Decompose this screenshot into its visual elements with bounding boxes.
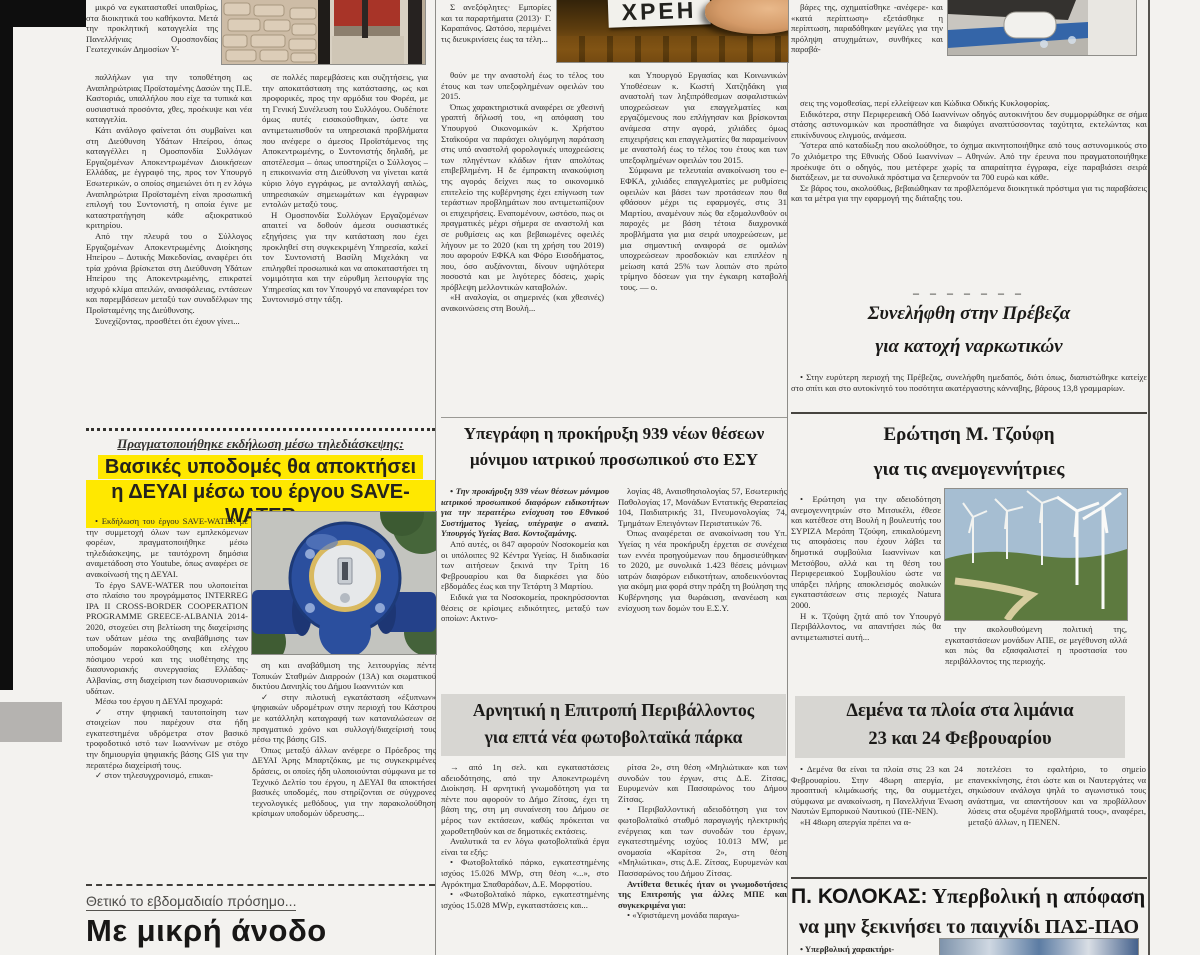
esy-column-1: • Την προκήρυξη 939 νέων θέσεων μόνιμου … [441,486,609,686]
esy-headline-line1: Υπεγράφη η προκήρυξη 939 νέων θέσεων [441,424,787,444]
kolokas-name: Π. ΚΟΛΟΚΑΣ: [791,885,928,908]
photo-water-meter [252,512,436,654]
stocks-kicker: Θετικό το εβδομαδιαίο πρόσημο... [86,893,426,909]
paragraph: Το έργο SAVE-WATER που υλοποιείται στο π… [86,580,248,697]
debts-label-text: ΧΡΕΗ [621,0,697,25]
paragraph: • Ερώτηση για την αδειοδότηση ανεμογεννη… [791,494,941,611]
left-gray-tab [0,702,62,742]
pv-column-1: → από 1η σελ. και εγκαταστάσεις αδειοδότ… [441,762,609,955]
photo-stone-gate [222,0,425,64]
paragraph: Ειδικότερα, στην Περιφερειακή Οδό Ιωαννί… [791,109,1147,141]
paragraph: Όπως αναφέρεται σε ανακοίνωση του Υπ. Υγ… [618,528,787,613]
paragraph: λογίας 48, Αναισθησιολογίας 57, Εσωτερικ… [618,486,787,528]
savewater-column-2: ση και αναβάθμιση της λειτουργίας πέντε … [252,660,436,882]
traffic-article-top-column: βάρες της, σχηματίσθηκε -ανέφερε- και «κ… [791,2,943,95]
photo-wind-turbines [945,489,1127,620]
paragraph: την ακολουθούμενη πολιτική της, εγκαταστ… [945,624,1127,666]
paragraph: ✓ στην ψηφιακή ταυτοποίηση των στοιχείων… [86,707,248,771]
paragraph: παλλήλων για την τοποθέτηση ως Αναπληρώτ… [86,72,252,125]
finger-shape [705,0,788,34]
stocks-kicker-text: Θετικό το εβδομαδιαίο πρόσημο... [86,893,296,911]
paragraph: «Η αναλογία, οι σημερινές (και χθεσινές)… [441,292,604,313]
esy-headline-line2: μόνιμου ιατρικού προσωπικού στο ΕΣΥ [441,450,787,470]
newspaper-page: μικρό να εγκατασταθεί υπαιθρίως, στα διο… [0,0,1200,955]
solid-divider [791,412,1147,414]
tzoufi-below-photo: την ακολουθούμενη πολιτική της, εγκαταστ… [945,624,1127,688]
paragraph: ποτελέσει το εφαλτήριο, το σημείο επανεκ… [968,764,1146,828]
paragraph: • Περιβαλλοντική αδειοδότηση για τον φωτ… [618,804,787,878]
top-left-black-corner [0,0,86,27]
paragraph: → από 1η σελ. και εγκαταστάσεις αδειοδότ… [441,762,609,836]
kolokas-body: • Υπερβολική χαρακτήρι- [791,944,936,955]
dotted-divider [86,428,435,431]
paragraph: • Την προκήρυξη 939 νέων θέσεων μόνιμου … [441,486,609,539]
paragraph: σεις της νομοθεσίας, περί ελλείψεων και … [791,98,1147,109]
savewater-kicker-text: Πραγματοποιήθηκε εκδήλωση μέσω τηλεδιάσκ… [117,436,403,451]
paragraph: Από την πλευρά του ο Σύλλογος Εργαζομένω… [86,231,252,316]
paragraph: βάρες της, σχηματίσθηκε -ανέφερε- και «κ… [791,2,943,55]
dash-separator: – – – – – – – [791,286,1147,301]
paragraph: • «Υφιστάμενη μονάδα παραγω- [618,910,787,921]
paragraph: Σ ανεξόφλητες· Εμπορίες και τα παραρτήμα… [441,2,551,44]
esy-column-2: λογίας 48, Αναισθησιολογίας 57, Εσωτερικ… [618,486,787,686]
solid-divider-2 [791,877,1147,879]
water-article-top-column: μικρό να εγκατασταθεί υπαιθρίως, στα διο… [86,2,218,66]
paragraph: Ύστερα από καταδίωξη που ακολούθησε, το … [791,140,1147,182]
paragraph: Όπως μεταξύ άλλων ανέφερε ο Πρόεδρος της… [252,745,436,819]
traffic-article-body: σεις της νομοθεσίας, περί ελλείψεων και … [791,98,1147,288]
kolokas-headline-rest: Υπερβολική η απόφαση [928,884,1146,908]
debts-label-card: ΧΡΕΗ [607,0,710,28]
debts-article-column-2: και Υπουργού Εργασίας και Κοινωνικών Υπο… [620,70,787,416]
photo-stadium [940,939,1138,955]
water-article-column-2: σε πολλές παρεμβάσεις και συζητήσεις, γι… [262,72,428,428]
tzoufi-headline-line1: Ερώτηση Μ. Τζούφη [791,424,1147,446]
debts-article-column-1: θούν με την αναστολή έως το τέλος του έτ… [441,70,604,416]
pv-column-2: ρίτσα 2», στη θέση «Μηλιώτικα» και των σ… [618,762,787,955]
paragraph: Η κ. Τζούφη ζητά από τον Υπουργό Περιβάλ… [791,611,941,643]
preveza-body: • Στην ευρύτερη περιοχή της Πρέβεζας, συ… [791,372,1147,414]
paragraph: • Υπερβολική χαρακτήρι- [791,944,936,955]
paragraph: σε πολλές παρεμβάσεις και συζητήσεις, γι… [262,72,428,210]
kolokas-headline-line1: Π. ΚΟΛΟΚΑΣ: Υπερβολική η απόφαση [791,884,1147,909]
paragraph: ρίτσα 2», στη θέση «Μηλιώτικα» και των σ… [618,762,787,804]
paragraph: • «Φωτοβολταϊκό πάρκο, εγκατεστημένης ισ… [441,889,609,910]
paragraph: Αναλυτικά τα εν λόγω φωτοβολταϊκά έργα ε… [441,836,609,857]
paragraph: Σύμφωνα με τελευταία ανακοίνωση του e-ΕΦ… [620,165,787,292]
paragraph: Ειδικά για τα Νοσοκομεία, προκηρύσσονται… [441,592,609,624]
paragraph: Μέσω του έργου η ΔΕΥΑΙ προχωρά: [86,696,248,707]
paragraph: Αντίθετα θετικές ήταν οι γνωμοδοτήσεις τ… [618,879,787,911]
paragraph: Όπως χαρακτηριστικά αναφέρει σε χθεσινή … [441,102,604,293]
keyboard-rows [557,36,788,62]
kolokas-headline-line2: να μην ξεκινήσει το παιχνίδι ΠΑΣ-ΠΑΟ [791,916,1147,939]
tzoufi-column: • Ερώτηση για την αδειοδότηση ανεμογεννη… [791,494,941,688]
savewater-kicker: Πραγματοποιήθηκε εκδήλωση μέσω τηλεδιάσκ… [86,436,435,452]
paragraph: μικρό να εγκατασταθεί υπαιθρίως, στα διο… [86,2,218,55]
preveza-headline-line1: Συνελήφθη στην Πρέβεζα [791,303,1147,325]
preveza-headline-line2: για κατοχή ναρκωτικών [791,336,1147,358]
paragraph: • Στην ευρύτερη περιοχή της Πρέβεζας, συ… [791,372,1147,393]
pv-headline-line1: Αρνητική η Επιτροπή Περιβάλλοντος [441,700,786,721]
column-rule-right [787,0,788,955]
paragraph: Κάτι ανάλογο φαίνεται ότι συμβαίνει και … [86,125,252,231]
page-edge-rule [1148,0,1150,955]
water-article-column-1: παλλήλων για την τοποθέτηση ως Αναπληρώτ… [86,72,252,428]
thin-divider [441,417,787,418]
left-black-bar [0,0,13,690]
ships-headline-box: Δεμένα τα πλοία στα λιμάνια 23 και 24 Φε… [795,696,1125,758]
ships-headline-line1: Δεμένα τα πλοία στα λιμάνια [795,701,1125,722]
paragraph: ✓ στην πιλοτική εγκατάσταση «έξυπνων» ψη… [252,692,436,745]
savewater-column-1: • Εκδήλωση του έργου SAVE-WATER με την σ… [86,516,248,882]
debts-article-top-column: Σ ανεξόφλητες· Εμπορίες και τα παραρτήμα… [441,2,551,64]
stocks-headline: Με μικρή άνοδο [86,913,435,949]
paragraph: ✓ στον τηλεσυγχρονισμό, επικαι- [86,770,248,781]
photo-debts-label: ΧΡΕΗ [557,0,788,62]
paragraph: Από αυτές, οι 847 αφορούν Νοσοκομεία και… [441,539,609,592]
photo-police-car [948,0,1136,55]
ships-headline-line2: 23 και 24 Φεβρουαρίου [795,729,1125,750]
paragraph: ση και αναβάθμιση της λειτουργίας πέντε … [252,660,436,692]
paragraph: «Η 48ωρη απεργία πρέπει να α- [791,817,963,828]
paragraph: Η Ομοσπονδία Συλλόγων Εργαζομένων απαιτε… [262,210,428,305]
dashed-divider [86,884,435,886]
pv-headline-box: Αρνητική η Επιτροπή Περιβάλλοντος για επ… [441,694,786,756]
paragraph: • Εκδήλωση του έργου SAVE-WATER με την σ… [86,516,248,580]
paragraph: • Δεμένα θα είναι τα πλοία στις 23 και 2… [791,764,963,817]
paragraph: • Φωτοβολταϊκό πάρκο, εγκατεστημένης ισχ… [441,857,609,889]
tzoufi-headline-line2: για τις ανεμογεννήτριες [791,459,1147,481]
paragraph: και Υπουργού Εργασίας και Κοινωνικών Υπο… [620,70,787,165]
savewater-headline-line1: Βασικές υποδομές θα αποκτήσει [98,455,423,479]
ships-column-1: • Δεμένα θα είναι τα πλοία στις 23 και 2… [791,764,963,870]
paragraph: Σε βάρος του, ακολούθως, βεβαιώθηκαν τα … [791,183,1147,204]
paragraph: Συνεχίζοντας, προσθέτει ότι έχουν γίνει.… [86,316,252,327]
ships-column-2: ποτελέσει το εφαλτήριο, το σημείο επανεκ… [968,764,1146,870]
pv-headline-line2: για επτά νέα φωτοβολταϊκά πάρκα [441,727,786,748]
paragraph: θούν με την αναστολή έως το τέλος του έτ… [441,70,604,102]
